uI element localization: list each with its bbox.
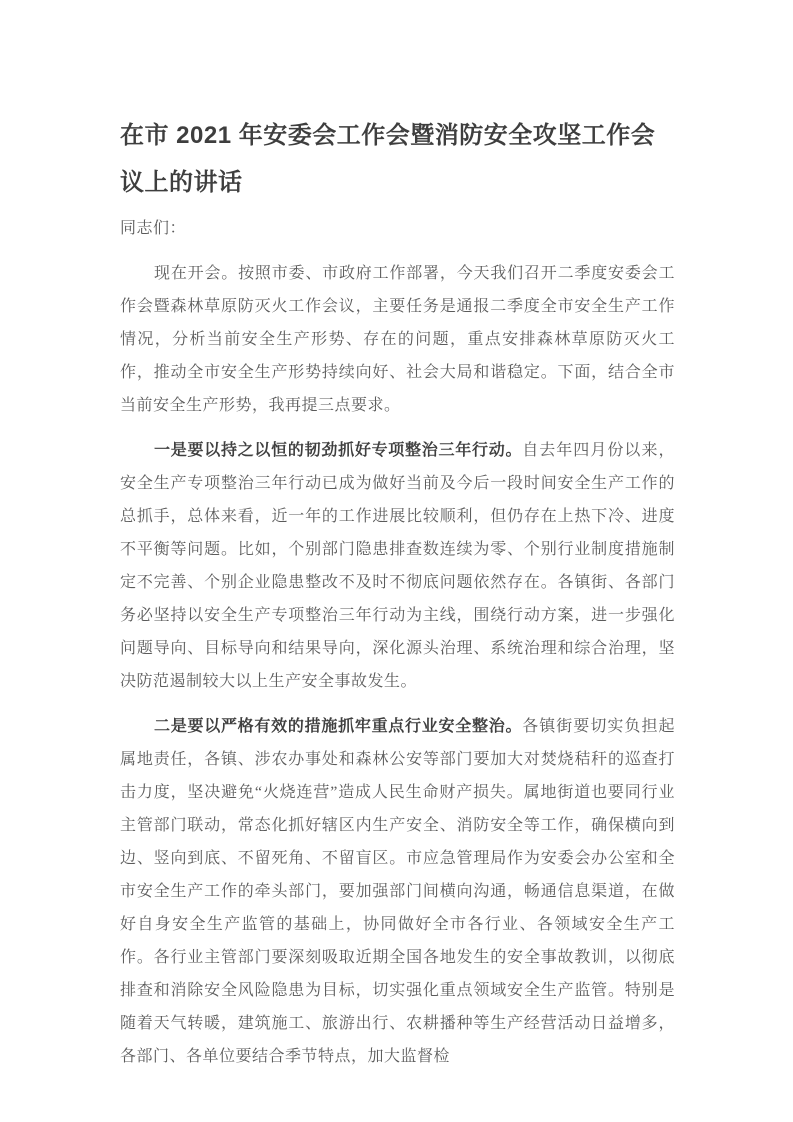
paragraph-point-two-lead: 二是要以严格有效的措施抓牢重点行业安全整治。 xyxy=(154,718,522,735)
paragraph-point-one-lead: 一是要以持之以恒的韧劲抓好专项整治三年行动。 xyxy=(154,442,522,459)
paragraph-point-two: 二是要以严格有效的措施抓牢重点行业安全整治。各镇街要切实负担起属地责任，各镇、涉… xyxy=(120,710,675,1073)
paragraph-point-two-text: 各镇街要切实负担起属地责任，各镇、涉农办事处和森林公安等部门要加大对焚烧秸秆的巡… xyxy=(120,718,675,1065)
paragraph-opening: 现在开会。按照市委、市政府工作部署，今天我们召开二季度安委会工作会暨森林草原防灭… xyxy=(120,257,675,422)
paragraph-opening-text: 现在开会。按照市委、市政府工作部署，今天我们召开二季度安委会工作会暨森林草原防灭… xyxy=(120,265,675,414)
document-page: 在市 2021 年安委会工作会暨消防安全攻坚工作会议上的讲话 同志们： 现在开会… xyxy=(0,0,793,1122)
document-title: 在市 2021 年安委会工作会暨消防安全攻坚工作会议上的讲话 xyxy=(120,112,675,206)
paragraph-point-one-text: 自去年四月份以来，安全生产专项整治三年行动已成为做好当前及今后一段时间安全生产工… xyxy=(120,442,675,690)
salutation: 同志们： xyxy=(120,212,675,245)
paragraph-point-one: 一是要以持之以恒的韧劲抓好专项整治三年行动。自去年四月份以来，安全生产专项整治三… xyxy=(120,434,675,698)
